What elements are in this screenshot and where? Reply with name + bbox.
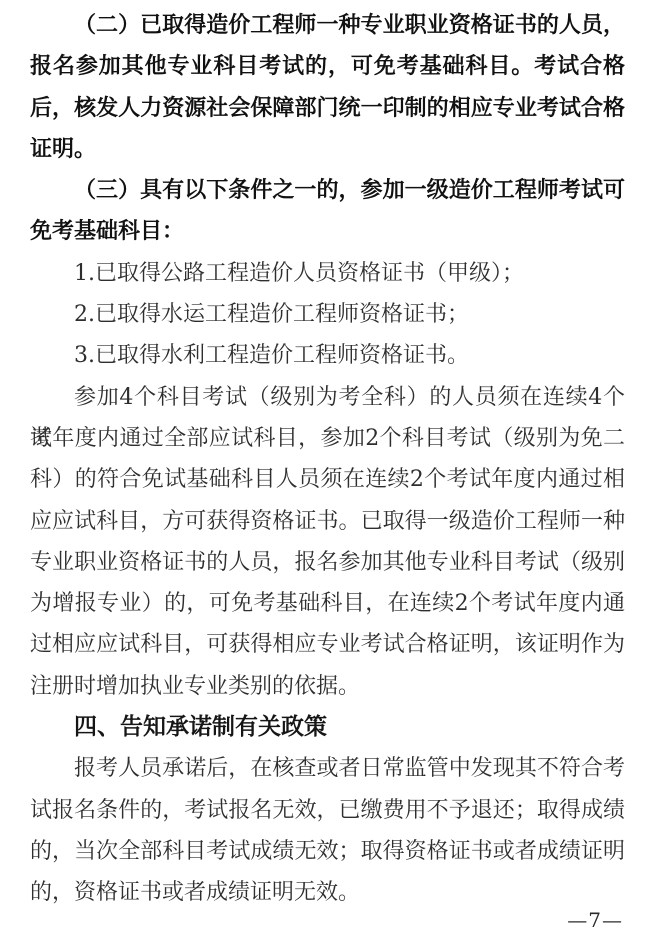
para-promise-line: 试报名条件的，考试报名无效，已缴费用不予退还；取得成绩 (30, 790, 625, 831)
para-exam-line: 参加4个科目考试（级别为考全科）的人员须在连续4个考 (30, 377, 625, 418)
para-3-line: 免考基础科目： (30, 211, 625, 252)
para-promise-line: 的，当次全部科目考试成绩无效；取得资格证书或者成绩证明 (30, 831, 625, 872)
list-item-3: 3.已取得水利工程造价工程师资格证书。 (30, 335, 625, 376)
document-page: （二）已取得造价工程师一种专业职业资格证书的人员， 报名参加其他专业科目考试的，… (0, 0, 649, 945)
list-item-2: 2.已取得水运工程造价工程师资格证书； (30, 294, 625, 335)
para-exam-line: 过相应应试科目，可获得相应专业考试合格证明，该证明作为 (30, 624, 625, 665)
para-exam-line: 为增报专业）的，可免考基础科目，在连续2个考试年度内通 (30, 583, 625, 624)
para-2-line: （二）已取得造价工程师一种专业职业资格证书的人员， (30, 5, 625, 46)
para-2-line: 报名参加其他专业科目考试的，可免考基础科目。考试合格 (30, 46, 625, 87)
para-exam-line: 注册时增加执业专业类别的依据。 (30, 666, 625, 707)
para-3-line: （三）具有以下条件之一的，参加一级造价工程师考试可 (30, 170, 625, 211)
para-exam-line: 专业职业资格证书的人员，报名参加其他专业科目考试（级别 (30, 542, 625, 583)
page-number: —7— (567, 908, 623, 932)
para-exam-line: 科）的符合免试基础科目人员须在连续2个考试年度内通过相 (30, 459, 625, 500)
para-exam-line: 应应试科目，方可获得资格证书。已取得一级造价工程师一种 (30, 501, 625, 542)
para-promise-line: 报考人员承诺后，在核查或者日常监管中发现其不符合考 (30, 748, 625, 789)
section-heading-4: 四、告知承诺制有关政策 (30, 707, 625, 748)
para-exam-line: 试年度内通过全部应试科目，参加2个科目考试（级别为免二 (30, 418, 625, 459)
para-promise-line: 的，资格证书或者成绩证明无效。 (30, 872, 625, 913)
para-2-line: 后，核发人力资源社会保障部门统一印制的相应专业考试合格 (30, 88, 625, 129)
para-2-line: 证明。 (30, 129, 625, 170)
list-item-1: 1.已取得公路工程造价人员资格证书（甲级）； (30, 253, 625, 294)
document-body: （二）已取得造价工程师一种专业职业资格证书的人员， 报名参加其他专业科目考试的，… (30, 5, 625, 914)
